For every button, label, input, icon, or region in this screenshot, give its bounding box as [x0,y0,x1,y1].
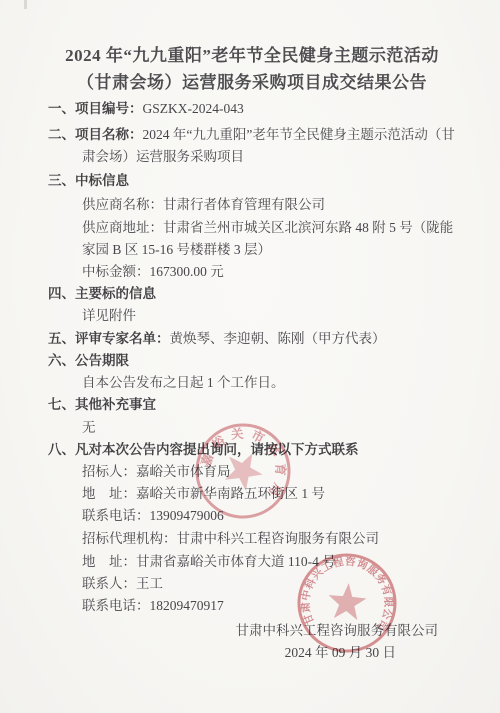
supplier-name-value: 甘肃行者体育管理有限公司 [163,197,325,212]
agency-phone-value: 18209470917 [150,598,224,613]
section-project-name: 二、项目名称：2024 年“九九重阳”老年节全民健身主题示范活动（甘肃会场）运营… [48,124,456,168]
title-line-2: （甘肃会场）运营服务采购项目成交结果公告 [48,69,456,96]
section-project-number: 一、项目编号：GSZKX-2024-043 [48,98,456,120]
supplier-name-line: 供应商名称：甘肃行者体育管理有限公司 [48,194,456,216]
section-announcement-period: 六、公告期限 [48,350,456,372]
experts-value: 黄焕琴、李迎朝、陈刚（甲方代表） [170,331,386,346]
subject-info-value: 详见附件 [48,305,456,327]
section-4-label: 主要标的信息 [75,286,156,301]
official-seal-sports-bureau: 嘉峪关市体育局 [188,416,298,526]
scanned-document-page: 2024 年“九九重阳”老年节全民健身主题示范活动 （甘肃会场）运营服务采购项目… [0,0,500,713]
section-supplementary: 七、其他补充事宜 [48,394,456,416]
award-amount-line: 中标金额：167300.00 元 [48,261,456,283]
agency-contact-label: 联系人： [82,576,136,591]
section-7-label: 其他补充事宜 [75,397,156,412]
supplier-name-label: 供应商名称： [82,197,163,212]
scan-artifact [24,0,27,9]
award-amount-value: 167300.00 元 [150,264,224,279]
agency-address-label: 地 址： [82,554,136,569]
announcement-period-value: 自本公告发布之日起 1 个工作日。 [48,372,456,394]
supplier-address-line: 供应商地址：甘肃省兰州市城关区北滨河东路 48 附 5 号（陇能家园 B 区 1… [48,217,456,261]
section-2-num: 二、 [48,127,75,142]
section-4-num: 四、 [48,286,75,301]
supplier-address-label: 供应商地址： [82,220,163,235]
agency-contact-value: 王工 [136,576,163,591]
section-8-num: 八、 [48,442,75,457]
official-seal-agency-company: 甘肃中科兴工程咨询服务有限公司 [285,541,409,665]
section-5-num: 五、 [48,331,75,346]
document-title: 2024 年“九九重阳”老年节全民健身主题示范活动 （甘肃会场）运营服务采购项目… [48,42,456,96]
tenderer-label: 招标人： [82,464,136,479]
section-6-num: 六、 [48,353,75,368]
seal-star-icon [219,444,270,494]
seal-star-icon [327,581,368,620]
section-2-label: 项目名称： [75,127,143,142]
award-amount-label: 中标金额： [82,264,150,279]
section-award-info: 三、中标信息 [48,170,456,192]
project-number-value: GSZKX-2024-043 [143,101,244,116]
section-7-num: 七、 [48,397,75,412]
tenderer-address-label: 地 址： [82,486,136,501]
section-1-num: 一、 [48,101,75,116]
section-1-label: 项目编号： [75,101,143,116]
agency-label: 招标代理机构： [82,531,177,546]
section-6-label: 公告期限 [75,353,129,368]
agency-phone-label: 联系电话： [82,598,150,613]
section-experts: 五、评审专家名单：黄焕琴、李迎朝、陈刚（甲方代表） [48,328,456,350]
section-5-label: 评审专家名单： [75,331,170,346]
section-3-label: 中标信息 [75,173,129,188]
section-subject-info: 四、主要标的信息 [48,283,456,305]
tenderer-phone-label: 联系电话： [82,508,150,523]
section-3-num: 三、 [48,173,75,188]
title-line-1: 2024 年“九九重阳”老年节全民健身主题示范活动 [48,42,456,69]
